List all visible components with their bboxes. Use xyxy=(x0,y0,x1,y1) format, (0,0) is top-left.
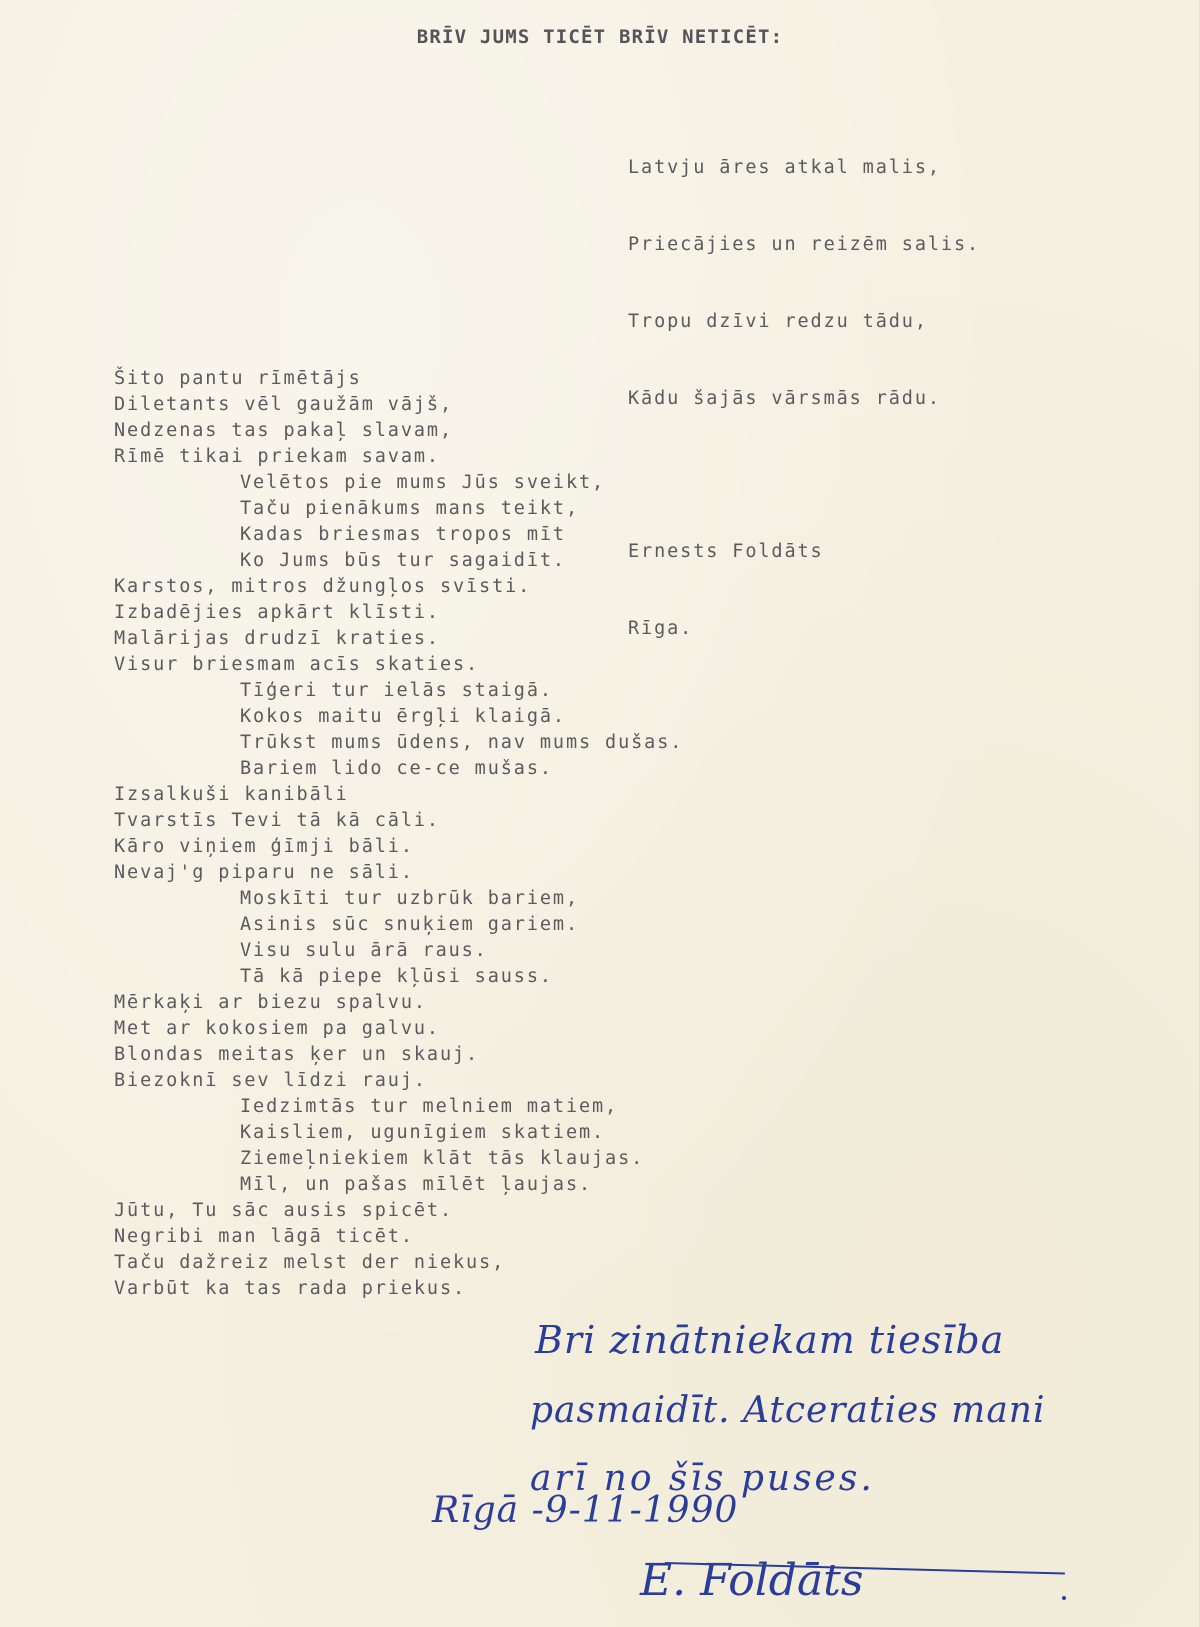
poem-line: Met ar kokosiem pa galvu. xyxy=(114,1016,683,1042)
poem-line: Mīl, un pašas mīlēt ļaujas. xyxy=(114,1172,683,1198)
signature: E. Foldāts xyxy=(640,1555,863,1606)
handwritten-note-line: Bri zinātniekam tiesība xyxy=(535,1318,1004,1362)
poem-line: Tvarstīs Tevi tā kā cāli. xyxy=(114,808,683,834)
poem-line: Karstos, mitros džungļos svīsti. xyxy=(114,574,683,600)
poem-line: Šito pantu rīmētājs xyxy=(114,366,683,392)
poem-line: Moskīti tur uzbrūk bariem, xyxy=(114,886,683,912)
poem-line: Kokos maitu ērgļi klaigā. xyxy=(114,704,683,730)
poem-line: Jūtu, Tu sāc ausis spicēt. xyxy=(114,1198,683,1224)
poem-line: Asinis sūc snuķiem gariem. xyxy=(114,912,683,938)
poem-line: Ko Jums būs tur sagaidīt. xyxy=(114,548,683,574)
poem-line: Malārijas drudzī kraties. xyxy=(114,626,683,652)
poem-line: Biezoknī sev līdzi rauj. xyxy=(114,1068,683,1094)
poem-line: Izbadējies apkārt klīsti. xyxy=(114,600,683,626)
poem-line: Kāro viņiem ģīmji bāli. xyxy=(114,834,683,860)
poem-line: Visu sulu ārā raus. xyxy=(114,938,683,964)
motto-line: Tropu dzīvi redzu tādu, xyxy=(628,309,980,335)
poem-line: Mērkaķi ar biezu spalvu. xyxy=(114,990,683,1016)
poem-line: Iedzimtās tur melniem matiem, xyxy=(114,1094,683,1120)
poem-line: Velētos pie mums Jūs sveikt, xyxy=(114,470,683,496)
poem-line: Visur briesmam acīs skaties. xyxy=(114,652,683,678)
poem-line: Kadas briesmas tropos mīt xyxy=(114,522,683,548)
handwritten-note-line: pasmaidīt. Atceraties mani xyxy=(530,1390,1045,1431)
poem-line: Taču dažreiz melst der niekus, xyxy=(114,1250,683,1276)
poem-line: Blondas meitas ķer un skauj. xyxy=(114,1042,683,1068)
poem-line: Tīģeri tur ielās staigā. xyxy=(114,678,683,704)
poem-line: Kaisliem, ugunīgiem skatiem. xyxy=(114,1120,683,1146)
poem-line: Bariem lido ce-ce mušas. xyxy=(114,756,683,782)
motto-line: Priecājies un reizēm salis. xyxy=(628,232,980,258)
poem-line: Tā kā piepe kļūsi sauss. xyxy=(114,964,683,990)
poem-line: Diletants vēl gaužām vājš, xyxy=(114,392,683,418)
signature-dot xyxy=(1062,1596,1066,1600)
poem-line: Ziemeļniekiem klāt tās klaujas. xyxy=(114,1146,683,1172)
poem-line: Varbūt ka tas rada priekus. xyxy=(114,1276,683,1302)
document-title: BRĪV JUMS TICĒT BRĪV NETICĒT: xyxy=(0,26,1200,48)
poem-line: Trūkst mums ūdens, nav mums dušas. xyxy=(114,730,683,756)
motto-line: Latvju āres atkal malis, xyxy=(628,155,980,181)
poem-line: Taču pienākums mans teikt, xyxy=(114,496,683,522)
handwritten-date: Rīgā -9-11-1990 xyxy=(432,1490,738,1531)
poem-line: Nedzenas tas pakaļ slavam, xyxy=(114,418,683,444)
poem-line: Nevaj'g piparu ne sāli. xyxy=(114,860,683,886)
poem-line: Rīmē tikai priekam savam. xyxy=(114,444,683,470)
poem-body: Šito pantu rīmētājsDiletants vēl gaužām … xyxy=(114,366,683,1302)
poem-line: Izsalkuši kanibāli xyxy=(114,782,683,808)
poem-line: Negribi man lāgā ticēt. xyxy=(114,1224,683,1250)
